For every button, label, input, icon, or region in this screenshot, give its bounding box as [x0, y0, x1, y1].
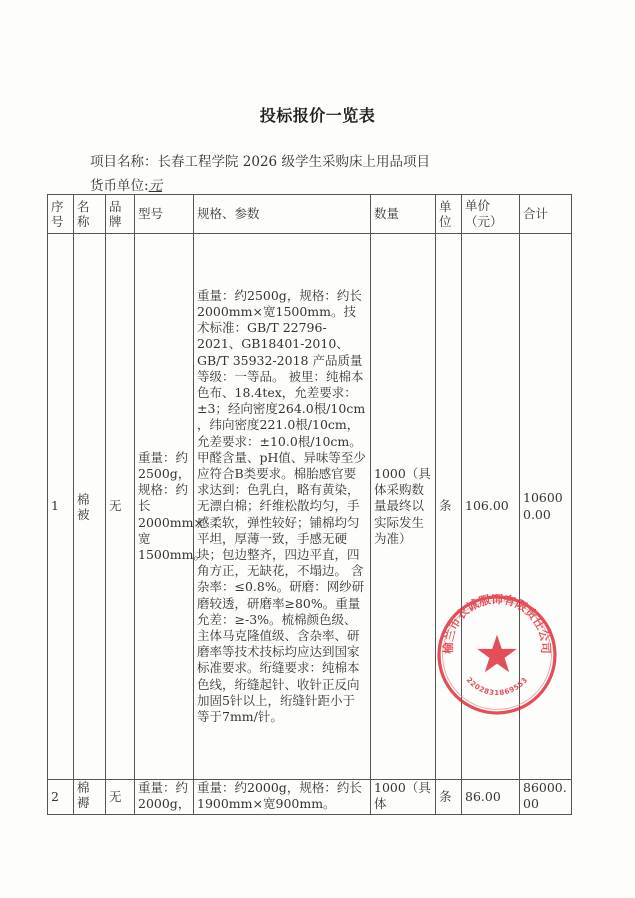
currency-label: 货币单位: [90, 178, 149, 194]
cell-seq: 2 [48, 780, 74, 815]
cell-total: 86000.00 [520, 780, 572, 815]
cell-unit: 条 [436, 780, 462, 815]
cell-price: 86.00 [462, 780, 520, 815]
quote-table: 序号 名称 品牌 型号 规格、参数 数量 单位 单价（元） 合计 1 棉被 无 … [47, 194, 572, 815]
cell-price: 106.00 [462, 234, 520, 780]
cell-model: 重量：约2000g， [135, 780, 194, 815]
cell-spec: 重量：约2000g，规格：约长1900mm×宽900mm。 [194, 780, 371, 815]
header-qty: 数量 [371, 195, 436, 234]
cell-brand: 无 [106, 234, 135, 780]
header-spec: 规格、参数 [194, 195, 371, 234]
currency-line: 货币单位:元 [90, 174, 162, 194]
header-unit: 单位 [436, 195, 462, 234]
header-name: 名称 [74, 195, 106, 234]
table-row: 2 棉褥 无 重量：约2000g， 重量：约2000g，规格：约长1900mm×… [48, 780, 572, 815]
header-model: 型号 [135, 195, 194, 234]
table-row: 1 棉被 无 重量：约2500g，规格：约长2000mm×宽1500mm。 重量… [48, 234, 572, 780]
header-price: 单价（元） [462, 195, 520, 234]
cell-name: 棉被 [74, 234, 106, 780]
table-header-row: 序号 名称 品牌 型号 规格、参数 数量 单位 单价（元） 合计 [48, 195, 572, 234]
cell-qty: 1000（具体采购数量最终以实际发生为准） [371, 234, 436, 780]
project-label: 项目名称： [90, 154, 158, 170]
document-title: 投标报价一览表 [0, 103, 635, 126]
cell-model: 重量：约2500g，规格：约长2000mm×宽1500mm。 [135, 234, 194, 780]
cell-total: 106000.00 [520, 234, 572, 780]
header-brand: 品牌 [106, 195, 135, 234]
cell-brand: 无 [106, 780, 135, 815]
currency-value: 元 [149, 178, 163, 194]
cell-seq: 1 [48, 234, 74, 780]
cell-name: 棉褥 [74, 780, 106, 815]
cell-qty: 1000（具体 [371, 780, 436, 815]
project-line: 项目名称：长春工程学院 2026 级学生采购床上用品项目 [90, 150, 430, 170]
header-seq: 序号 [48, 195, 74, 234]
project-name: 长春工程学院 2026 级学生采购床上用品项目 [158, 154, 430, 170]
cell-spec: 重量：约2500g，规格：约长2000mm×宽1500mm。技术标准：GB/T … [194, 234, 371, 780]
header-total: 合计 [520, 195, 572, 234]
cell-unit: 条 [436, 234, 462, 780]
